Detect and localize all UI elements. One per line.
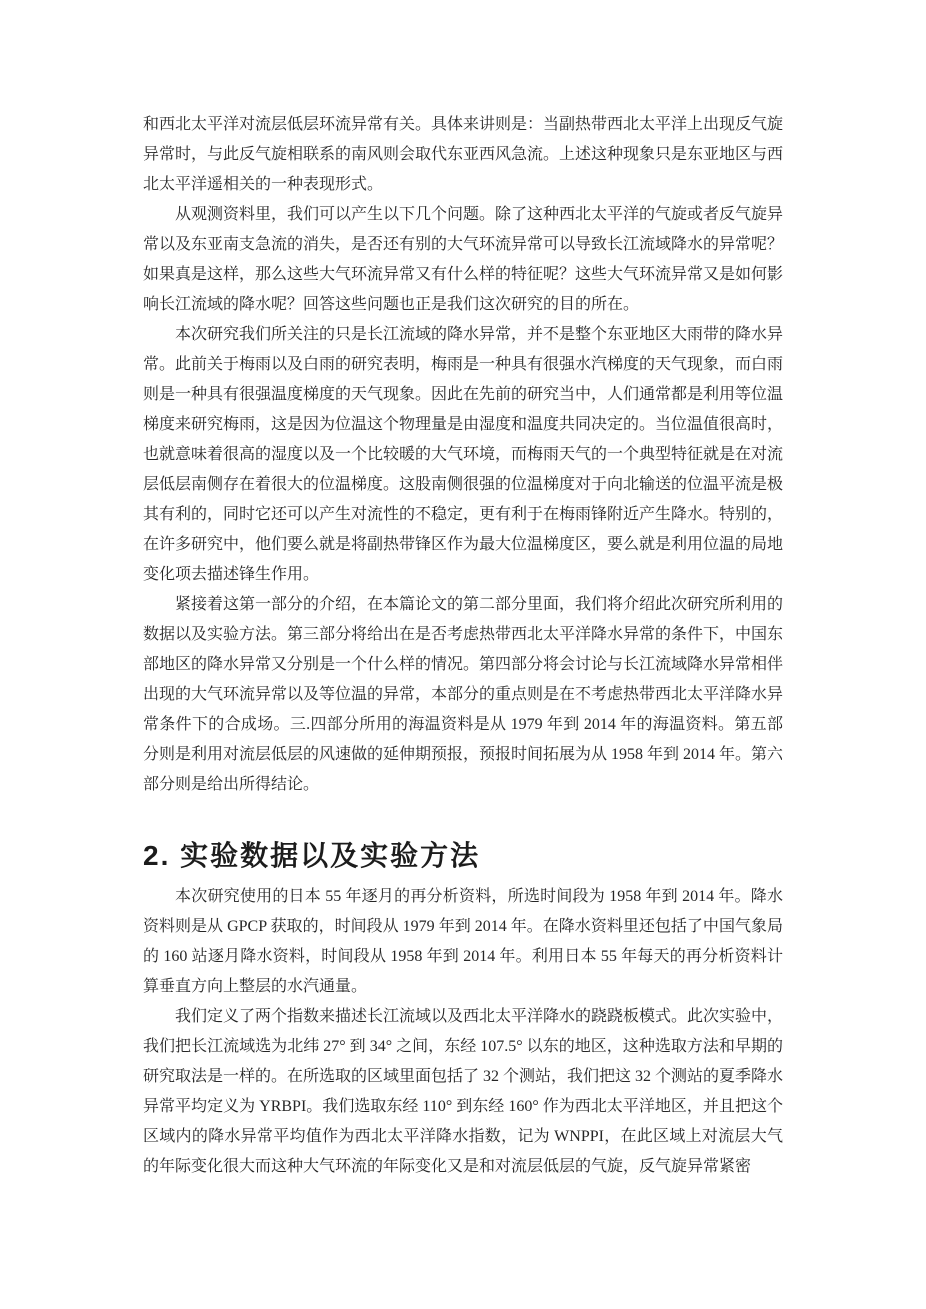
document-page: 和西北太平洋对流层低层环流异常有关。具体来讲则是：当副热带西北太平洋上出现反气旋… — [0, 0, 926, 1309]
section-2-heading: 2. 实验数据以及实验方法 — [143, 840, 783, 872]
paragraph-research-questions: 从观测资料里，我们可以产生以下几个问题。除了这种西北太平洋的气旋或者反气旋异常以… — [143, 200, 783, 320]
paragraph-paper-outline: 紧接着这第一部分的介绍，在本篇论文的第二部分里面，我们将介绍此次研究所利用的数据… — [143, 590, 783, 800]
paragraph-data-description: 本次研究使用的日本 55 年逐月的再分析资料，所选时间段为 1958 年到 20… — [143, 882, 783, 1002]
page-text-block: 和西北太平洋对流层低层环流异常有关。具体来讲则是：当副热带西北太平洋上出现反气旋… — [143, 110, 783, 1182]
paragraph-index-definitions: 我们定义了两个指数来描述长江流域以及西北太平洋降水的跷跷板模式。此次实验中，我们… — [143, 1002, 783, 1182]
paragraph-research-focus: 本次研究我们所关注的只是长江流域的降水异常，并不是整个东亚地区大雨带的降水异常。… — [143, 320, 783, 590]
paragraph-intro-continuation: 和西北太平洋对流层低层环流异常有关。具体来讲则是：当副热带西北太平洋上出现反气旋… — [143, 110, 783, 200]
